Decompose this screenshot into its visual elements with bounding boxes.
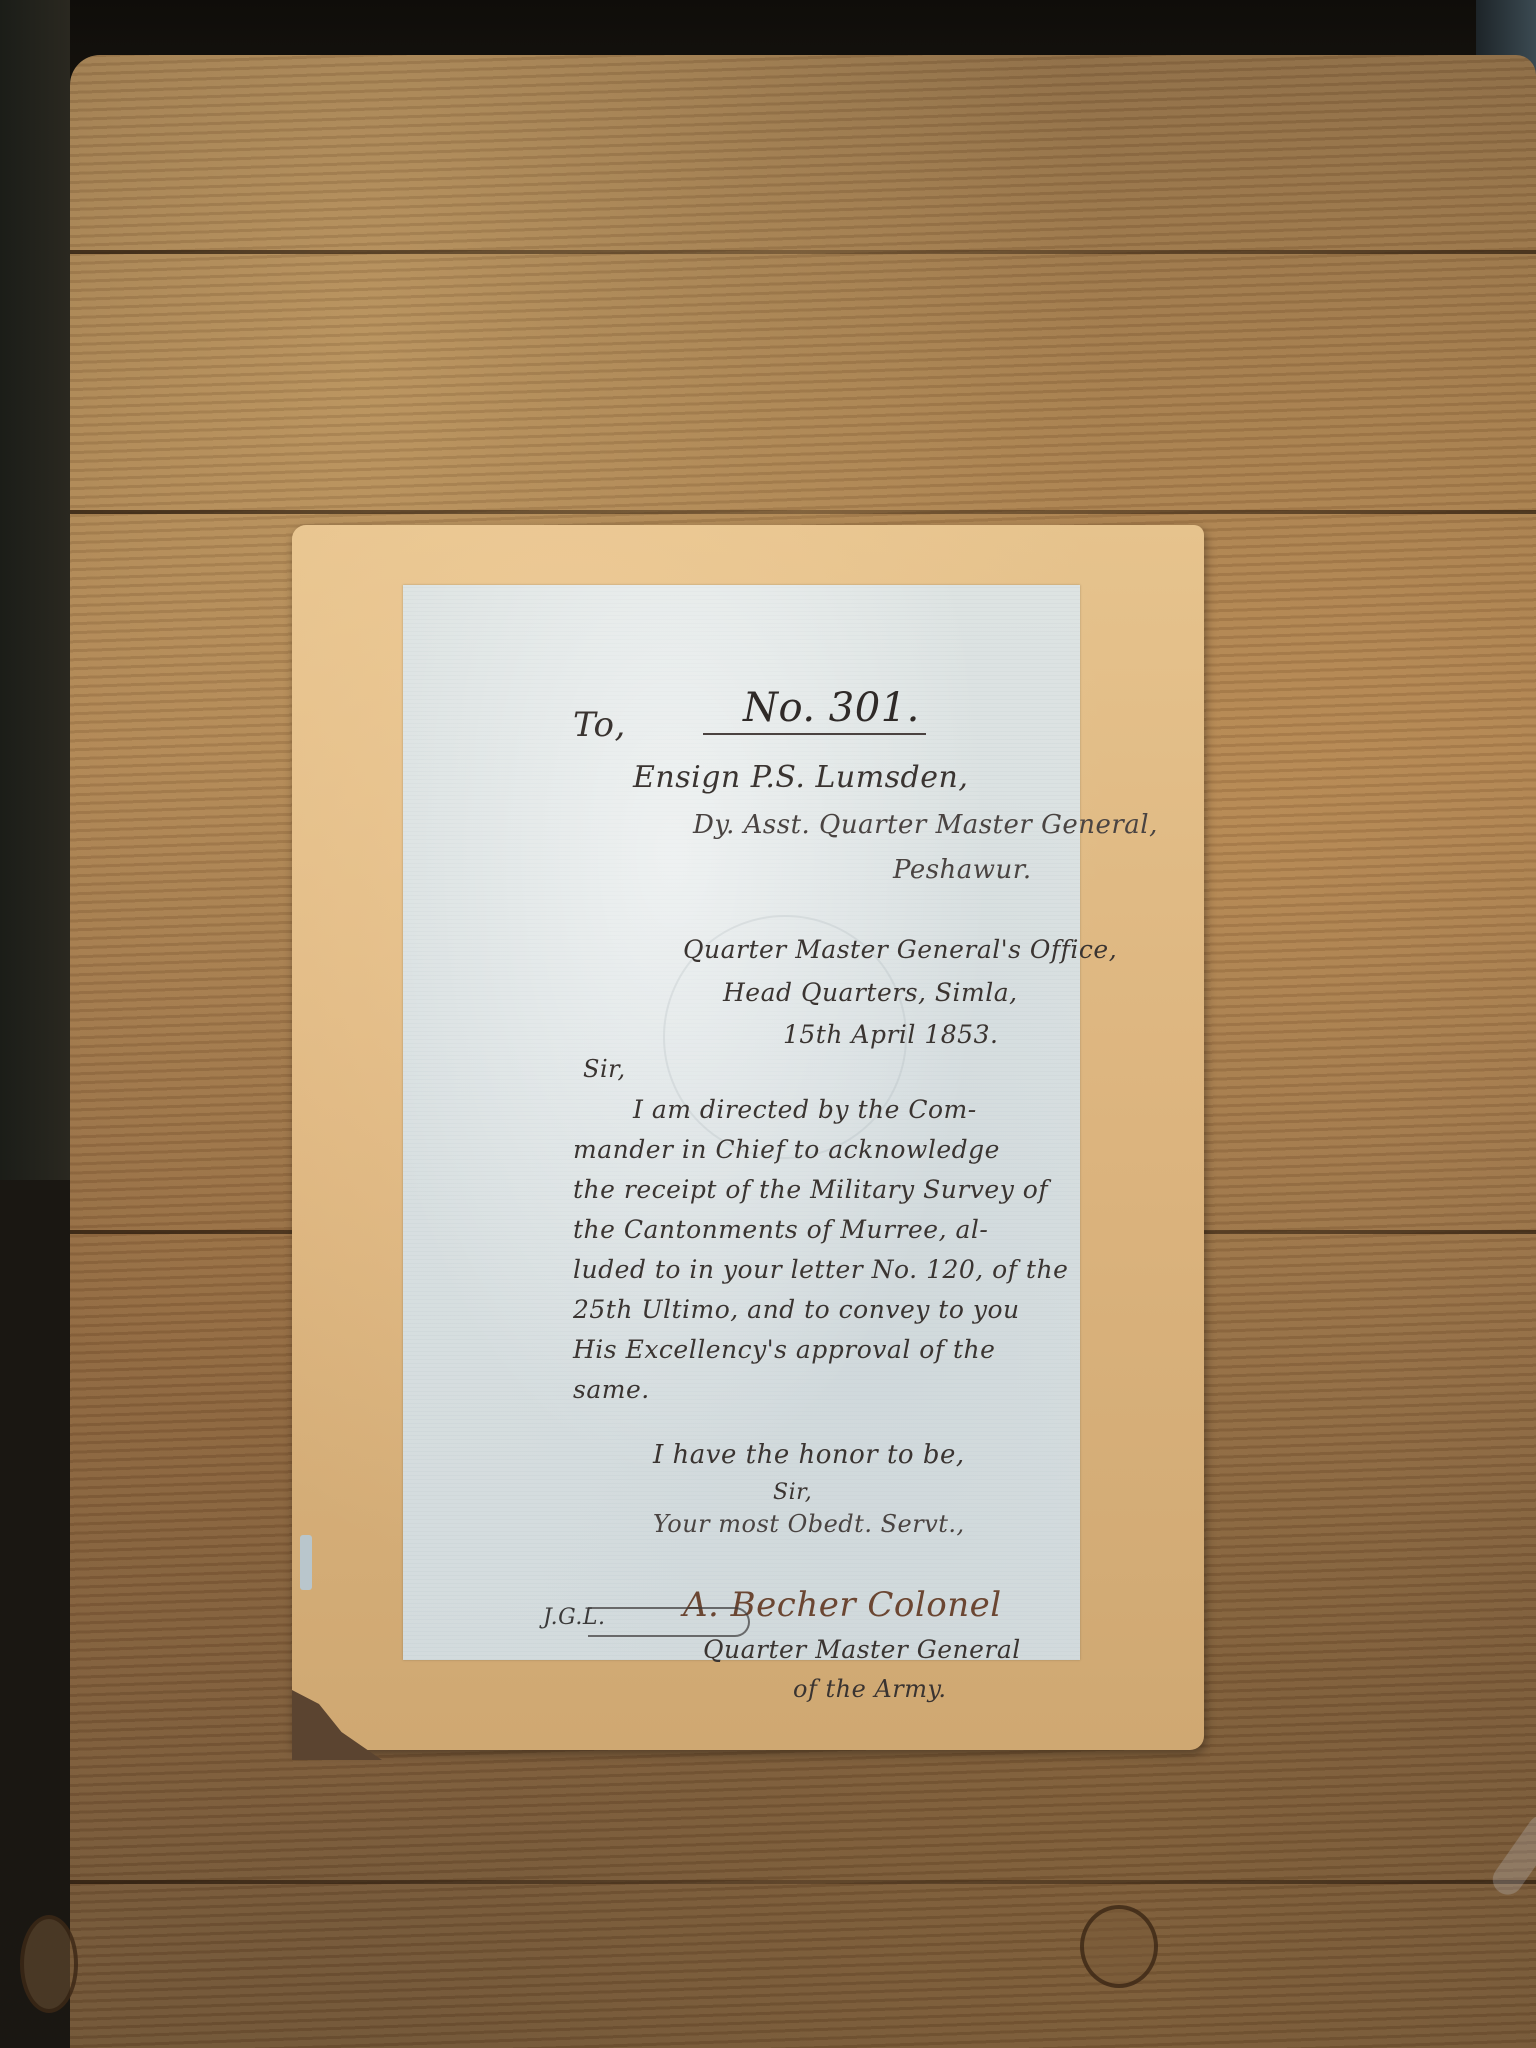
signer-title: Quarter Master General <box>703 1635 1021 1664</box>
closing-line-3: Your most Obedt. Servt., <box>653 1510 965 1538</box>
sender-hq: Head Quarters, Simla, <box>723 978 1018 1007</box>
body-line: the receipt of the Military Survey of <box>573 1175 1048 1204</box>
body-line: 25th Ultimo, and to convey to you <box>573 1295 1020 1324</box>
recipient-title: Dy. Asst. Quarter Master General, <box>693 810 1158 840</box>
letter-date: 15th April 1853. <box>783 1020 998 1049</box>
letter-sheet: No. 301. To, Ensign P.S. Lumsden, Dy. As… <box>403 585 1080 1660</box>
salutation: Sir, <box>583 1055 626 1083</box>
signer-title-2: of the Army. <box>793 1675 946 1703</box>
wood-knot <box>1080 1905 1158 1988</box>
body-line: mander in Chief to acknowledge <box>573 1135 1000 1164</box>
dark-background-left <box>0 0 70 1180</box>
body-line: His Excellency's approval of the <box>573 1335 995 1364</box>
body-line: same. <box>573 1375 650 1404</box>
initials-flourish <box>588 1607 750 1637</box>
plank-seam <box>70 250 1536 254</box>
closing-line-1: I have the honor to be, <box>653 1440 965 1470</box>
body-line: the Cantonments of Murree, al- <box>573 1215 988 1244</box>
recipient-place: Peshawur. <box>893 855 1032 885</box>
plank-seam <box>70 510 1536 514</box>
mount-damage-notch <box>300 1535 312 1590</box>
to-label: To, <box>573 705 626 745</box>
body-line: I am directed by the Com- <box>633 1095 977 1124</box>
letter-number: No. 301. <box>703 685 926 735</box>
recipient-name: Ensign P.S. Lumsden, <box>633 760 968 795</box>
body-line: luded to in your letter No. 120, of the <box>573 1255 1068 1284</box>
wood-knot <box>20 1915 78 2013</box>
sender-office: Quarter Master General's Office, <box>683 935 1117 964</box>
plank-seam <box>70 1880 1536 1884</box>
closing-line-2: Sir, <box>773 1480 812 1505</box>
